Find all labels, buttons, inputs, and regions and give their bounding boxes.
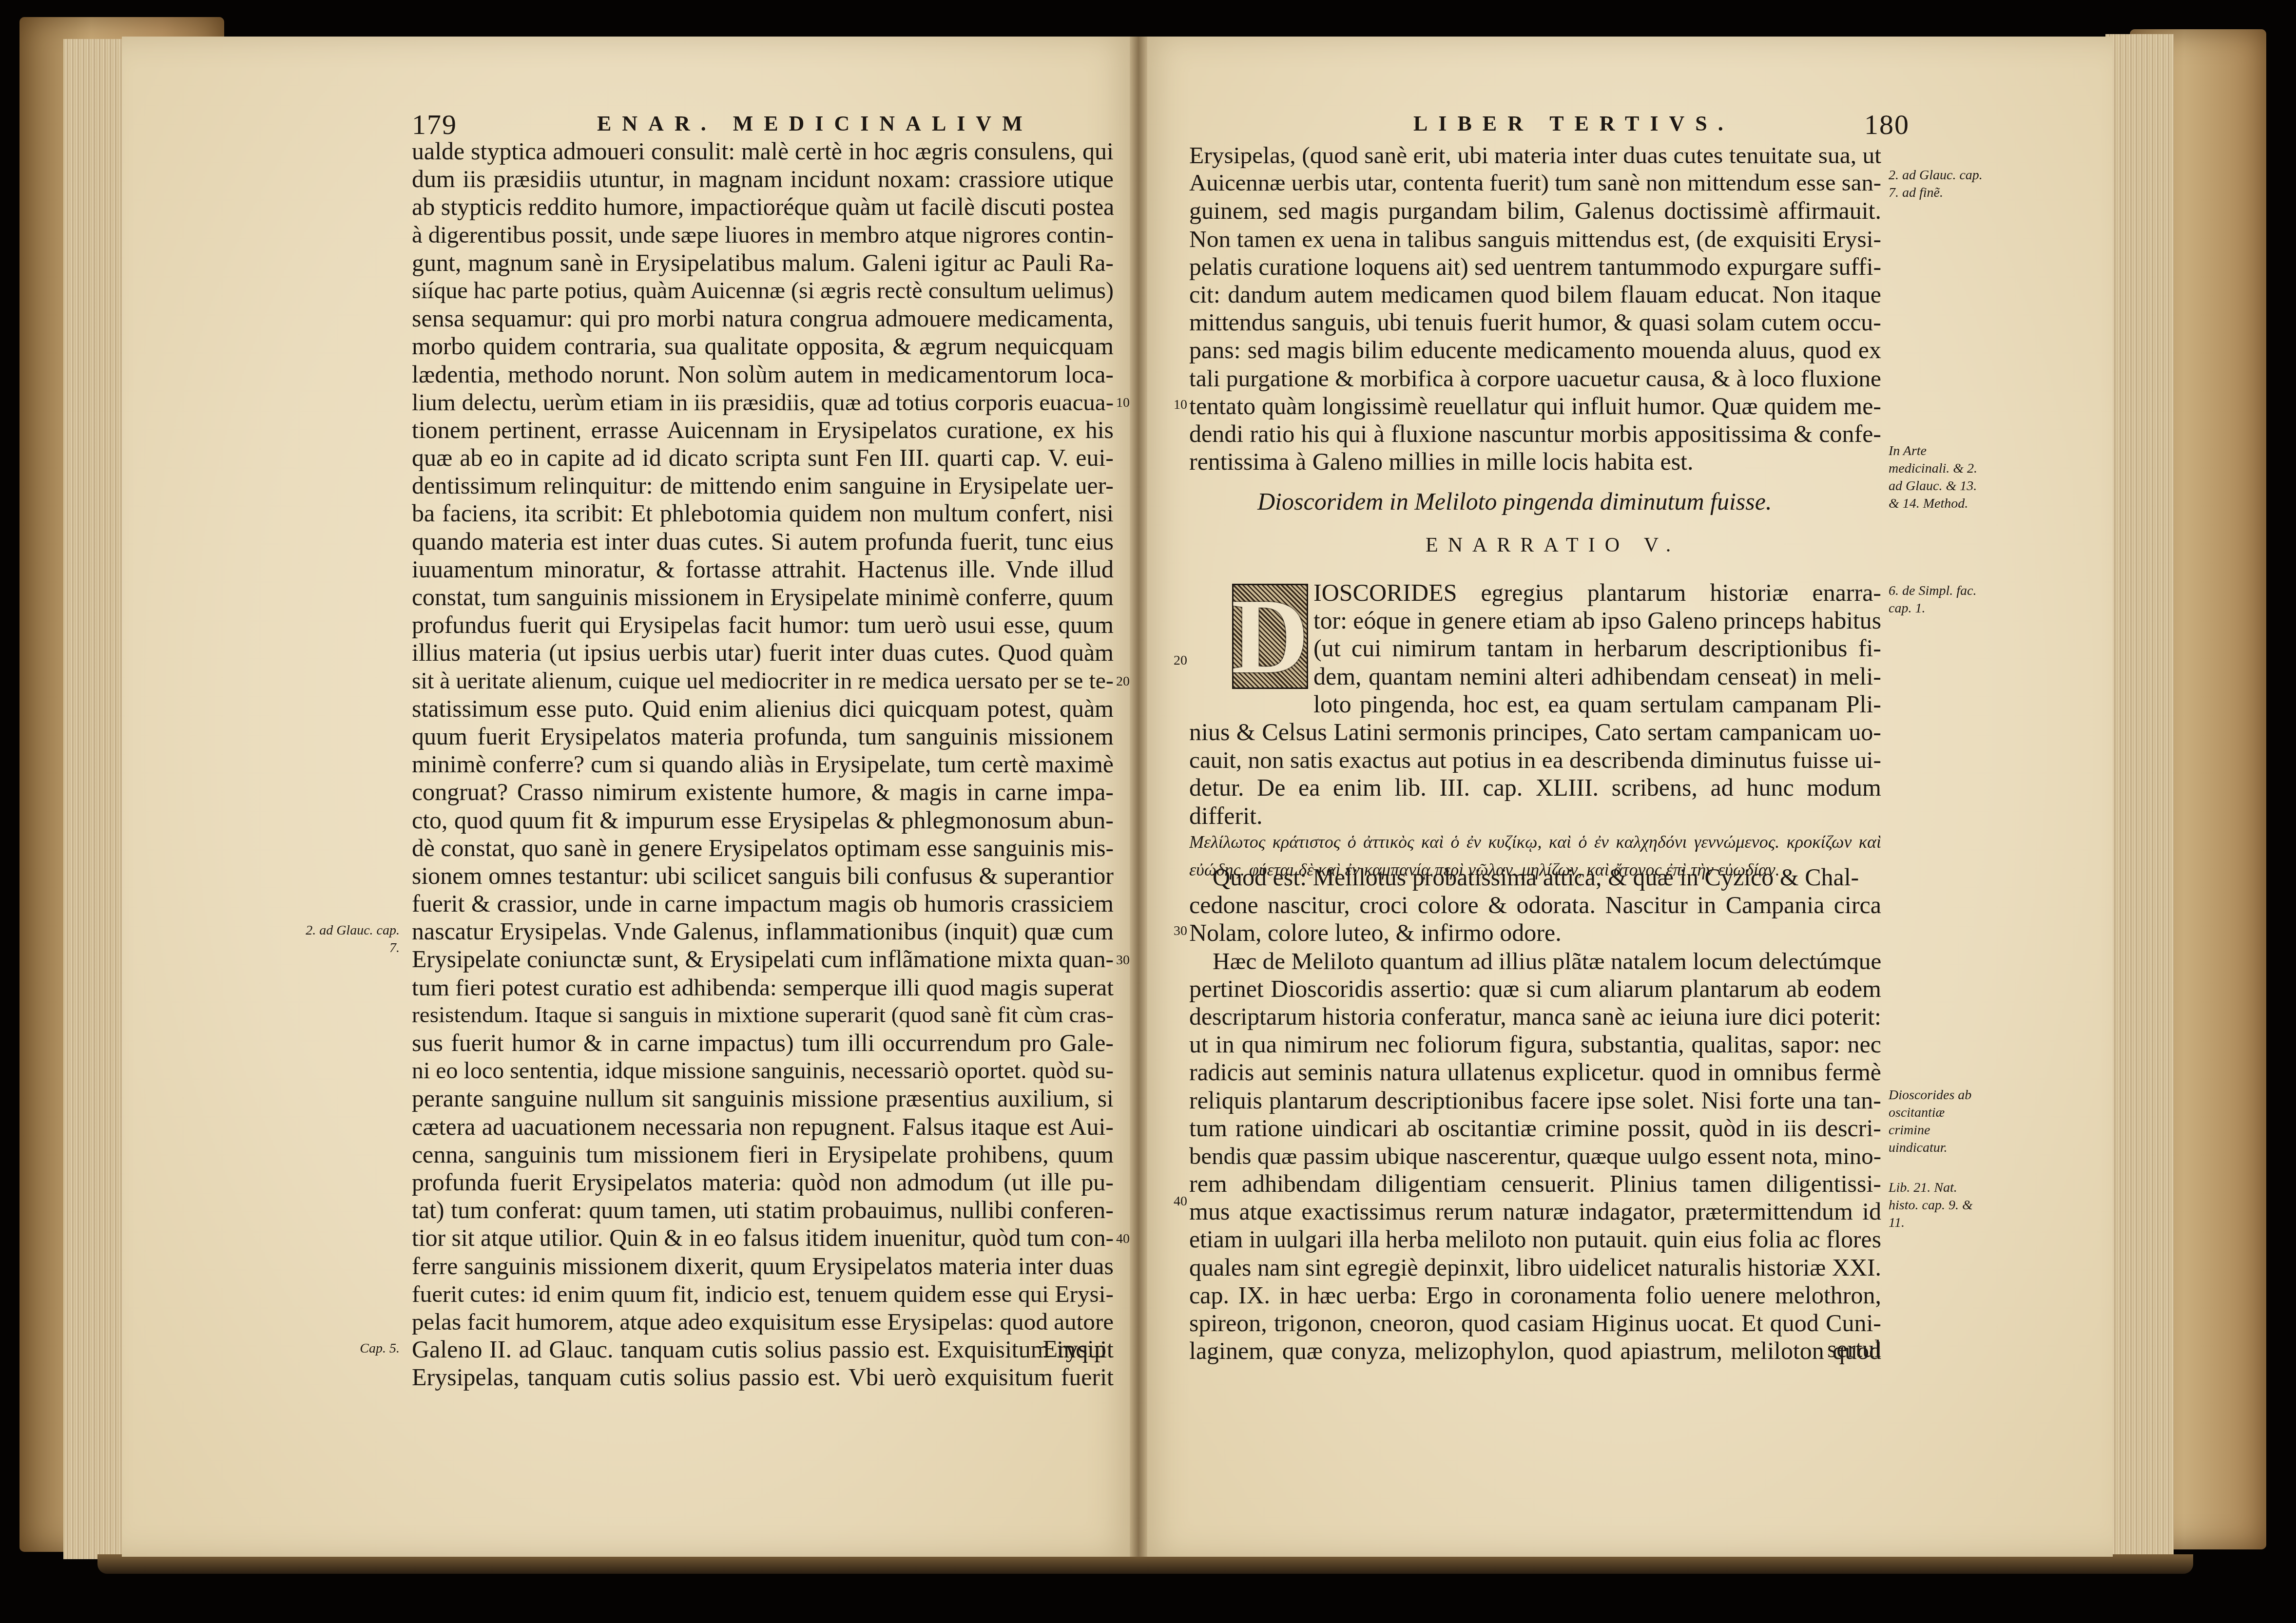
right-text-bottom: Quod est: Melilotus probatissima attica,… <box>1189 863 1881 1365</box>
right-text-line: etiam in uulgari illa herba meliloto non… <box>1189 1225 1881 1253</box>
left-text-line: quando materia est inter duas cutes. Si … <box>412 528 1114 555</box>
right-folio: 180 <box>1864 108 1910 141</box>
right-text-line: cit: dandum autem medicamen quod bilem f… <box>1189 281 1881 308</box>
right-running-head: LIBER TERTIVS. <box>1413 111 1734 136</box>
right-margin-note-1: 2. ad Glauc. cap. 7. ad finẽ. <box>1889 167 1986 202</box>
dropcap-text-line: tor: eóque in genere etiam ab ipso Galen… <box>1313 607 1881 634</box>
right-text-line: Nolam, colore luteo, & infirmo odore. <box>1189 919 1881 947</box>
left-text-line: pelas facit humorem, atque adeo exquisit… <box>412 1308 1114 1336</box>
left-text-line: perante sanguine nullum sit sanguinis mi… <box>412 1085 1114 1112</box>
right-text-line: descriptarum historia conferatur, manca … <box>1189 1003 1881 1031</box>
right-text-line: bendis quæ passim ubique nascerentur, qu… <box>1189 1142 1881 1170</box>
page-edges-right <box>2105 34 2174 1559</box>
left-text-line: Erysipelate coniunctæ sunt, & Erysipelat… <box>412 945 1114 973</box>
left-text-line: lium delectu, uerùm etiam in iis præsidi… <box>412 388 1114 416</box>
left-text-line: tum fieri potest curatio est adhibenda: … <box>412 974 1114 1001</box>
left-text-line: dum iis præsidiis utuntur, in magnam inc… <box>412 165 1114 193</box>
right-text-line: mus atque exactissimus rerum naturæ inda… <box>1189 1198 1881 1225</box>
left-text-line: iuuamentum minoratur, & fortasse attrahi… <box>412 555 1114 583</box>
right-text-top: Erysipelas, (quod sanè erit, ubi materia… <box>1189 141 1881 476</box>
left-text-line: statissimum esse puto. Quid enim alieniu… <box>412 695 1114 723</box>
left-text-line: illius materia (ut ipsius uerbis utar) f… <box>412 639 1114 667</box>
right-text-line: tum ratione uindicari ab oscitantiæ crim… <box>1189 1114 1881 1142</box>
left-text-line: ab stypticis reddito humore, impactioréq… <box>412 193 1114 221</box>
right-text-line: rem adhibendam diligentiam censuerit. Pl… <box>1189 1170 1881 1198</box>
left-text-line: tionem pertinent, errasse Auicennam in E… <box>412 416 1114 444</box>
left-line-number: 20 <box>1116 674 1130 689</box>
right-text-line: mittendus sanguis, ubi tenuis fuerit hum… <box>1189 308 1881 336</box>
left-line-number: 30 <box>1116 953 1130 968</box>
chapter-heading: ENARRATIO V. <box>1426 534 1680 557</box>
left-margin-note: Cap. 5. <box>302 1340 400 1357</box>
right-catchword: sertul <box>1735 1335 1881 1363</box>
page-edges-left <box>63 39 127 1559</box>
left-line-number: 10 <box>1116 395 1130 411</box>
right-margin-note-5: Lib. 21. Nat. histo. cap. 9. & 11. <box>1889 1179 1986 1232</box>
right-text-line: cauit, non satis exactus aut potius in e… <box>1189 746 1881 774</box>
right-text-line: nius & Celsus Latini sermonis principes,… <box>1189 718 1881 746</box>
gutter-fold <box>1130 37 1147 1557</box>
right-text-line: reliquis plantarum descriptionibus facer… <box>1189 1087 1881 1114</box>
right-text-line: radicis aut seminis natura ullatenus exp… <box>1189 1058 1881 1086</box>
left-text-line: tat) tum conferat: quum tamen, uti stati… <box>412 1196 1114 1224</box>
right-text-after-dropcap: nius & Celsus Latini sermonis principes,… <box>1189 718 1881 830</box>
section-title: Dioscoridem in Meliloto pingenda diminut… <box>1257 487 1772 516</box>
left-text-line: morbo quidem contraria, sua qualitate op… <box>412 332 1114 360</box>
left-text-column: ualde styptica admoueri consulit: malè c… <box>412 137 1114 1391</box>
left-text-line: minimè conferre? cum si quando aliàs in … <box>412 750 1114 778</box>
right-text-line: tali purgatione & morbifica à corpore ua… <box>1189 364 1881 392</box>
dropcap-text-line: (ut cui nimirum tantam in herbarum descr… <box>1313 634 1881 662</box>
left-text-line: profunda fuerit Erysipelatos materia: qu… <box>412 1168 1114 1196</box>
left-running-head: ENAR. MEDICINALIVM <box>597 111 1033 136</box>
left-text-line: sit à ueritate alienum, cuique uel medio… <box>412 667 1114 695</box>
right-line-number-30: 30 <box>1174 923 1187 939</box>
right-text-line: ut in qua nimirum nec foliorum figura, s… <box>1189 1031 1881 1058</box>
left-text-line: ualde styptica admoueri consulit: malè c… <box>412 137 1114 165</box>
decorated-initial: D <box>1232 584 1308 689</box>
right-line-number-20: 20 <box>1174 653 1187 668</box>
left-text-line: dentissimum relinquitur: de mittendo eni… <box>412 472 1114 499</box>
left-text-line: profundus fuerit qui Erysipelas facit hu… <box>412 611 1114 639</box>
right-text-line: Non tamen ex uena in talibus sanguis mit… <box>1189 225 1881 253</box>
left-line-number: 40 <box>1116 1231 1130 1247</box>
left-text-line: quum fuerit Erysipelatos materia profund… <box>412 723 1114 750</box>
drop-initial-letter: D <box>1234 585 1307 687</box>
right-text-line: tentato quàm longissimè reuellatur qui i… <box>1189 392 1881 420</box>
left-folio: 179 <box>412 108 457 141</box>
right-text-line: pelatis curatione loquens ait) sed uentr… <box>1189 253 1881 281</box>
left-text-line: gunt, magnum sanè in Erysipelatibus malu… <box>412 249 1114 277</box>
left-text-line: congruat? Crasso nimirum existente humor… <box>412 778 1114 806</box>
dropcap-text-line: IOSCORIDES egregius plantarum historiæ e… <box>1313 579 1881 607</box>
right-text-line: differit. <box>1189 802 1881 830</box>
right-line-number-40: 40 <box>1174 1194 1187 1209</box>
right-text-line: Quod est: Melilotus probatissima attica,… <box>1189 863 1881 891</box>
right-text-line: quales nam sint egregiè depinxit, libro … <box>1189 1254 1881 1281</box>
left-text-line: quæ ab eo in capite ad id dicato scripta… <box>412 444 1114 472</box>
left-text-line: nascatur Erysipelas. Vnde Galenus, infla… <box>412 917 1114 945</box>
left-text-line: lædentia, methodo norunt. Non solùm aute… <box>412 361 1114 388</box>
right-text-line: detur. De ea enim lib. III. cap. XLIII. … <box>1189 774 1881 802</box>
left-text-line: sensa sequamur: qui pro morbi natura con… <box>412 305 1114 332</box>
right-text-line: rentissima à Galeno millies in mille loc… <box>1189 448 1881 476</box>
dropcap-text-line: dem, quantam nemini alteri adhibendam ce… <box>1313 663 1881 690</box>
right-text-line: pans: sed magis bilim educente medicamen… <box>1189 336 1881 364</box>
left-text-line: cto, quod quum fit & impurum esse Erysip… <box>412 806 1114 834</box>
right-margin-note-3: 6. de Simpl. fac. cap. 1. <box>1889 582 1986 617</box>
left-text-line: ba faciens, ita scribit: Et phlebotomia … <box>412 499 1114 527</box>
right-text-line: guinem, sed magis purgandam bilim, Galen… <box>1189 197 1881 225</box>
left-text-line: Erysipelas, tanquam cutis solius passio … <box>412 1363 1114 1391</box>
left-text-line: fuerit & crassior, unde in carne impactu… <box>412 890 1114 917</box>
left-text-line: constat, tum sanguinis missionem in Erys… <box>412 583 1114 611</box>
right-text-line: Hæc de Meliloto quantum ad illius plãtæ … <box>1189 947 1881 975</box>
left-text-line: ni eo loco sententia, idque missione san… <box>412 1057 1114 1085</box>
right-text-line: cap. IX. in hæc uerba: Ergo in coronamen… <box>1189 1281 1881 1309</box>
left-catchword: Erysip <box>877 1335 1106 1363</box>
left-text-line: dè constat, quo sanè in genere Erysipela… <box>412 834 1114 862</box>
dropcap-text-line: loto pingenda, hoc est, ea quam sertulam… <box>1313 690 1881 718</box>
left-text-line: tior sit atque utilior. Quin & in eo fal… <box>412 1224 1114 1252</box>
left-text-line: cenna, sanguinis tum missionem fieri in … <box>412 1141 1114 1168</box>
right-text-line: Auicennæ uerbis utar, contenta fuerit) t… <box>1189 169 1881 197</box>
left-text-line: resistendum. Itaque si sanguis in mixtio… <box>412 1001 1114 1029</box>
left-text-line: sus fuerit humor & in carne impactus) tu… <box>412 1029 1114 1057</box>
right-text-line: spireon, trigonon, cneoron, quod casiam … <box>1189 1309 1881 1337</box>
book-bottom-edge <box>97 1554 2193 1574</box>
right-line-number-10: 10 <box>1174 397 1187 413</box>
left-text-line: fuerit cutes: id enim quum fit, indicio … <box>412 1280 1114 1308</box>
left-margin-note: 2. ad Glauc. cap. 7. <box>302 922 400 957</box>
right-margin-note-4: Dioscorides ab oscitantiæ crimine uindic… <box>1889 1087 1986 1157</box>
greek-line: Μελίλωτος κράτιστος ὁ ἀττικὸς καὶ ὁ ἐν κ… <box>1189 828 1881 856</box>
right-margin-note-2: In Arte medicinali. & 2. ad Glauc. & 13.… <box>1889 442 1986 513</box>
left-text-line: siíque hac parte potius, quàm Auicennæ (… <box>412 277 1114 305</box>
left-text-line: à digerentibus possit, unde sæpe liuores… <box>412 221 1114 249</box>
left-text-line: sionem omnes testantur: ubi scilicet san… <box>412 862 1114 890</box>
right-text-line: Erysipelas, (quod sanè erit, ubi materia… <box>1189 141 1881 169</box>
right-text-line: dendi ratio his qui à fluxione nascuntur… <box>1189 420 1881 448</box>
left-text-line: ferre sanguinis missionem dixerit, quum … <box>412 1252 1114 1280</box>
right-text-line: pertinet Dioscoridis assertio: quæ si cu… <box>1189 975 1881 1003</box>
right-text-line: cedone nascitur, croci colore & odorata.… <box>1189 891 1881 919</box>
right-dropcap-lines: IOSCORIDES egregius plantarum historiæ e… <box>1313 579 1881 718</box>
left-text-line: cætera ad uacuationem necessaria non rep… <box>412 1113 1114 1141</box>
